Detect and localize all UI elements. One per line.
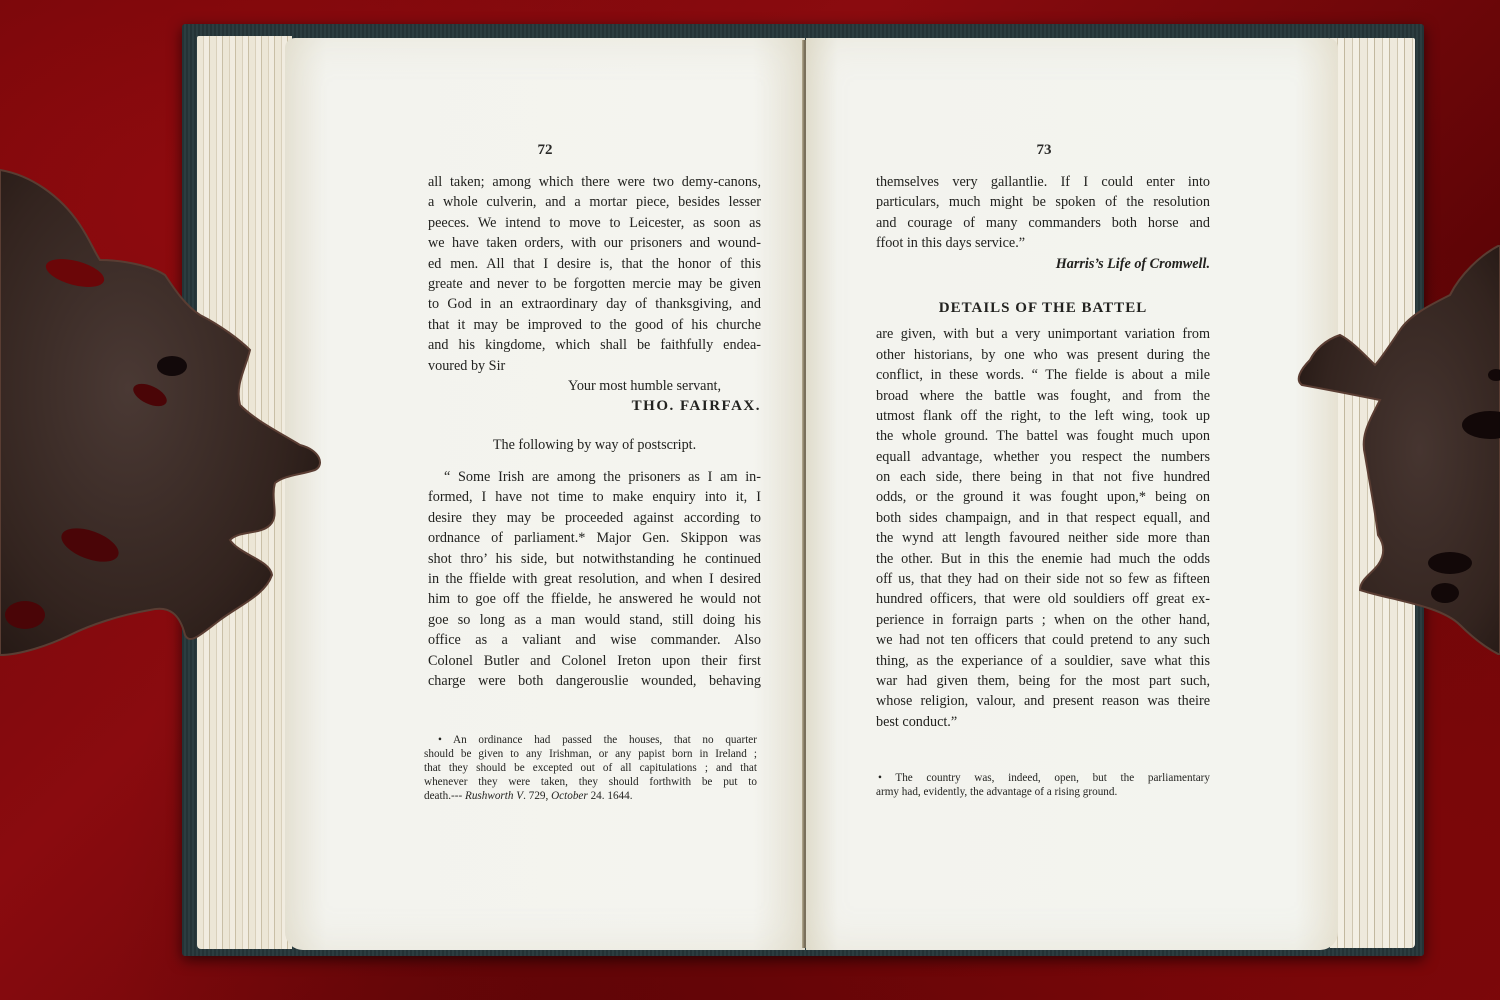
text-line: thing, as the experiance of a souldier, … — [876, 651, 1210, 671]
footnote-text: death.--- — [424, 790, 465, 802]
citation-source: Rushworth V — [465, 790, 523, 802]
text-line: a whole culverin, and a mortar piece, be… — [428, 192, 761, 212]
citation-rest: . 729, — [523, 790, 551, 802]
left-footnote: • An ordinance had passed the houses, th… — [424, 733, 757, 803]
left-page-body: all taken; among which there were two de… — [428, 172, 761, 691]
footnote-line: that they should be excepted out of all … — [424, 761, 757, 775]
text-line: whose religion, valour, and present reas… — [876, 691, 1210, 711]
text-line: to God in an extraordinary day of thanks… — [428, 294, 761, 314]
text-line: we had not ten officers that could prete… — [876, 630, 1210, 650]
footnote-line: • The country was, indeed, open, but the… — [876, 771, 1210, 785]
signature: THO. FAIRFAX. — [428, 396, 761, 416]
page-number: 72 — [285, 142, 805, 159]
text-line: desire they may be proceeded against acc… — [428, 508, 761, 528]
text-line: conflict, in these words. “ The fielde i… — [876, 365, 1210, 385]
text-line: ed men. All that I desire is, that the h… — [428, 254, 761, 274]
text-line: on each side, there being in that not fi… — [876, 467, 1210, 487]
right-page: 73 themselves very gallantlie. If I coul… — [806, 38, 1338, 950]
text-line: both sides champaign, and in that respec… — [876, 508, 1210, 528]
text-line: off us, that they had on their side not … — [876, 569, 1210, 589]
left-page-clip-icon — [0, 165, 340, 665]
text-line: the whole ground. The battel was fought … — [876, 426, 1210, 446]
text-line: odds, or the ground it was fought upon,*… — [876, 487, 1210, 507]
text-line: utmost flank off the right, to the left … — [876, 406, 1210, 426]
text-line: him to goe off the ffielde, he answered … — [428, 589, 761, 609]
footnote-line: whenever they were taken, they should fo… — [424, 775, 757, 789]
text-line: “ Some Irish are among the prisoners as … — [428, 467, 761, 487]
text-line: hundred officers, that were old souldier… — [876, 589, 1210, 609]
text-line: shot thro’ his side, but notwithstanding… — [428, 549, 761, 569]
text-line: voured by Sir — [428, 356, 761, 376]
text-line: equall advantage, whether you respect th… — [876, 447, 1210, 467]
text-line: charge were both dangerouslie wounded, b… — [428, 671, 761, 691]
attribution: Harris’s Life of Cromwell. — [876, 254, 1210, 274]
text-line: we have taken orders, with our prisoners… — [428, 233, 761, 253]
text-line: and his kingdome, which shall be faithfu… — [428, 335, 761, 355]
text-line: peeces. We intend to move to Leicester, … — [428, 213, 761, 233]
text-line: the wynd att length favoured neither sid… — [876, 528, 1210, 548]
citation-date: 24. 1644. — [588, 790, 633, 802]
text-line: greate and never to be forgotten mercie … — [428, 274, 761, 294]
text-line: perience in forraign parts ; when on the… — [876, 610, 1210, 630]
footnote-citation: death.--- Rushworth V. 729, October 24. … — [424, 789, 757, 803]
right-page-clip-icon — [1290, 245, 1500, 655]
text-line: in the ffielde with great resolution, an… — [428, 569, 761, 589]
letter-closing: Your most humble servant, — [428, 376, 761, 396]
text-line: formed, I have not time to make enquiry … — [428, 487, 761, 507]
text-line: Colonel Butler and Colonel Ireton upon t… — [428, 651, 761, 671]
text-line: all taken; among which there were two de… — [428, 172, 761, 192]
postscript-heading: The following by way of postscript. — [428, 435, 761, 455]
text-line: office as a valiant and wise commander. … — [428, 630, 761, 650]
footnote-line: army had, evidently, the advantage of a … — [876, 785, 1210, 799]
text-line: that it may be improved to the good of h… — [428, 315, 761, 335]
text-line: other historians, by one who was present… — [876, 345, 1210, 365]
text-line: the other. But in this the enemie had mu… — [876, 549, 1210, 569]
right-page-body: themselves very gallantlie. If I could e… — [876, 172, 1210, 732]
right-footnote: • The country was, indeed, open, but the… — [876, 771, 1210, 799]
text-line: goe so long as a man would stand, still … — [428, 610, 761, 630]
citation-month: October — [551, 790, 588, 802]
text-line: themselves very gallantlie. If I could e… — [876, 172, 1210, 192]
text-line: are given, with but a very unimportant v… — [876, 324, 1210, 344]
footnote-line: should be given to any Irishman, or any … — [424, 747, 757, 761]
text-line: particulars, much might be spoken of the… — [876, 192, 1210, 212]
text-line: ffoot in this days service.” — [876, 233, 1210, 253]
left-page: 72 all taken; among which there were two… — [285, 38, 805, 950]
page-number: 73 — [778, 142, 1310, 159]
text-line: and courage of many commanders both hors… — [876, 213, 1210, 233]
text-line: war had given them, being for the most p… — [876, 671, 1210, 691]
text-line: broad where the battle was fought, and f… — [876, 386, 1210, 406]
section-heading: DETAILS OF THE BATTEL — [876, 298, 1210, 318]
text-line: best conduct.” — [876, 712, 1210, 732]
text-line: ordnance of parliament.* Major Gen. Skip… — [428, 528, 761, 548]
footnote-line: • An ordinance had passed the houses, th… — [424, 733, 757, 747]
